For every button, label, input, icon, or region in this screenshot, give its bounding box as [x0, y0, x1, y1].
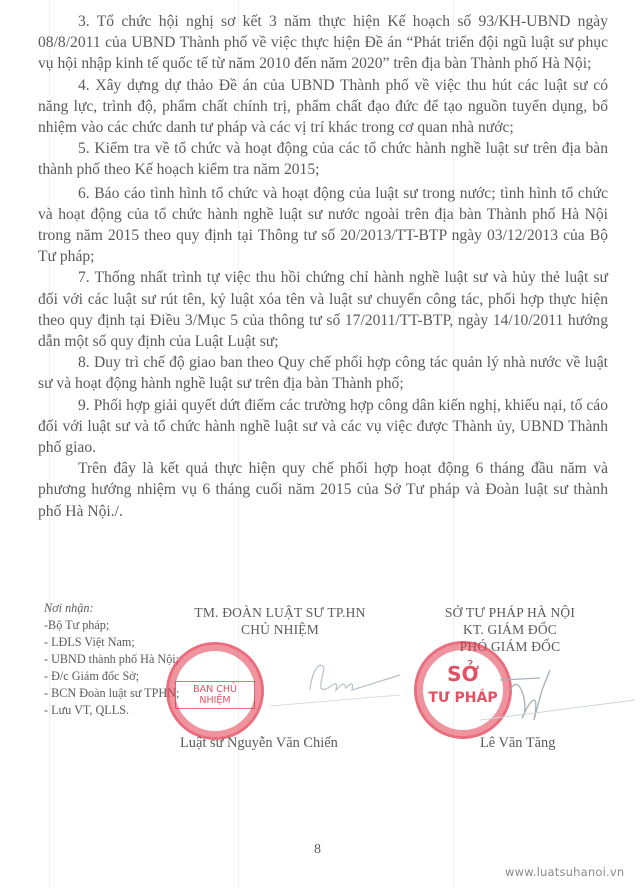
- handwritten-signature-icon: [470, 660, 640, 740]
- signatory-authority: KT. GIÁM ĐỐC: [410, 621, 610, 638]
- signer-name: Luật sư Nguyễn Văn Chiến: [180, 735, 338, 752]
- recipients-title: Nơi nhận:: [44, 600, 179, 617]
- stamp-text: BAN CHỦ NHIỆM: [175, 681, 255, 709]
- handwritten-signature-icon: [250, 650, 410, 720]
- paragraph-item-5: 5. Kiểm tra về tổ chức và hoạt động của …: [38, 138, 608, 180]
- signature-block-bar-association: TM. ĐOÀN LUẬT SƯ TP.HN CHỦ NHIỆM: [180, 604, 380, 638]
- signatory-organization: TM. ĐOÀN LUẬT SƯ TP.HN: [180, 604, 380, 621]
- paragraph-item-3: 3. Tổ chức hội nghị sơ kết 3 năm thực hi…: [38, 11, 608, 75]
- signatory-title: CHỦ NHIỆM: [180, 621, 380, 638]
- recipient-item: - BCN Đoàn luật sư TPHN;: [44, 685, 179, 702]
- closing-paragraph: Trên đây là kết quả thực hiện quy chế ph…: [38, 458, 608, 522]
- paragraph-item-7: 7. Thống nhất trình tự việc thu hồi chứn…: [38, 267, 608, 352]
- document-page: 3. Tổ chức hội nghị sơ kết 3 năm thực hi…: [0, 0, 640, 888]
- paragraph-item-4: 4. Xây dựng dự thảo Đề án của UBND Thành…: [38, 75, 608, 139]
- document-body: 3. Tổ chức hội nghị sơ kết 3 năm thực hi…: [38, 11, 608, 522]
- recipients-list: Nơi nhận: -Bộ Tư pháp; - LĐLS Việt Nam; …: [44, 600, 179, 719]
- signer-name: Lê Văn Tăng: [480, 735, 555, 752]
- recipient-item: - UBND thành phố Hà Nội;: [44, 651, 179, 668]
- website-watermark: www.luatsuhanoi.vn: [505, 865, 624, 879]
- paragraph-item-9: 9. Phối hợp giải quyết dứt điểm các trườ…: [38, 395, 608, 459]
- recipient-item: -Bộ Tư pháp;: [44, 617, 179, 634]
- recipient-item: - Lưu VT, QLLS.: [44, 702, 179, 719]
- recipient-item: - Đ/c Giám đốc Sở;: [44, 668, 179, 685]
- page-number: 8: [314, 842, 321, 858]
- recipient-item: - LĐLS Việt Nam;: [44, 634, 179, 651]
- paragraph-item-6: 6. Báo cáo tình hình tổ chức và hoạt độn…: [38, 183, 608, 268]
- paragraph-item-8: 8. Duy trì chế độ giao ban theo Quy chế …: [38, 352, 608, 394]
- signatory-organization: SỞ TƯ PHÁP HÀ NỘI: [410, 604, 610, 621]
